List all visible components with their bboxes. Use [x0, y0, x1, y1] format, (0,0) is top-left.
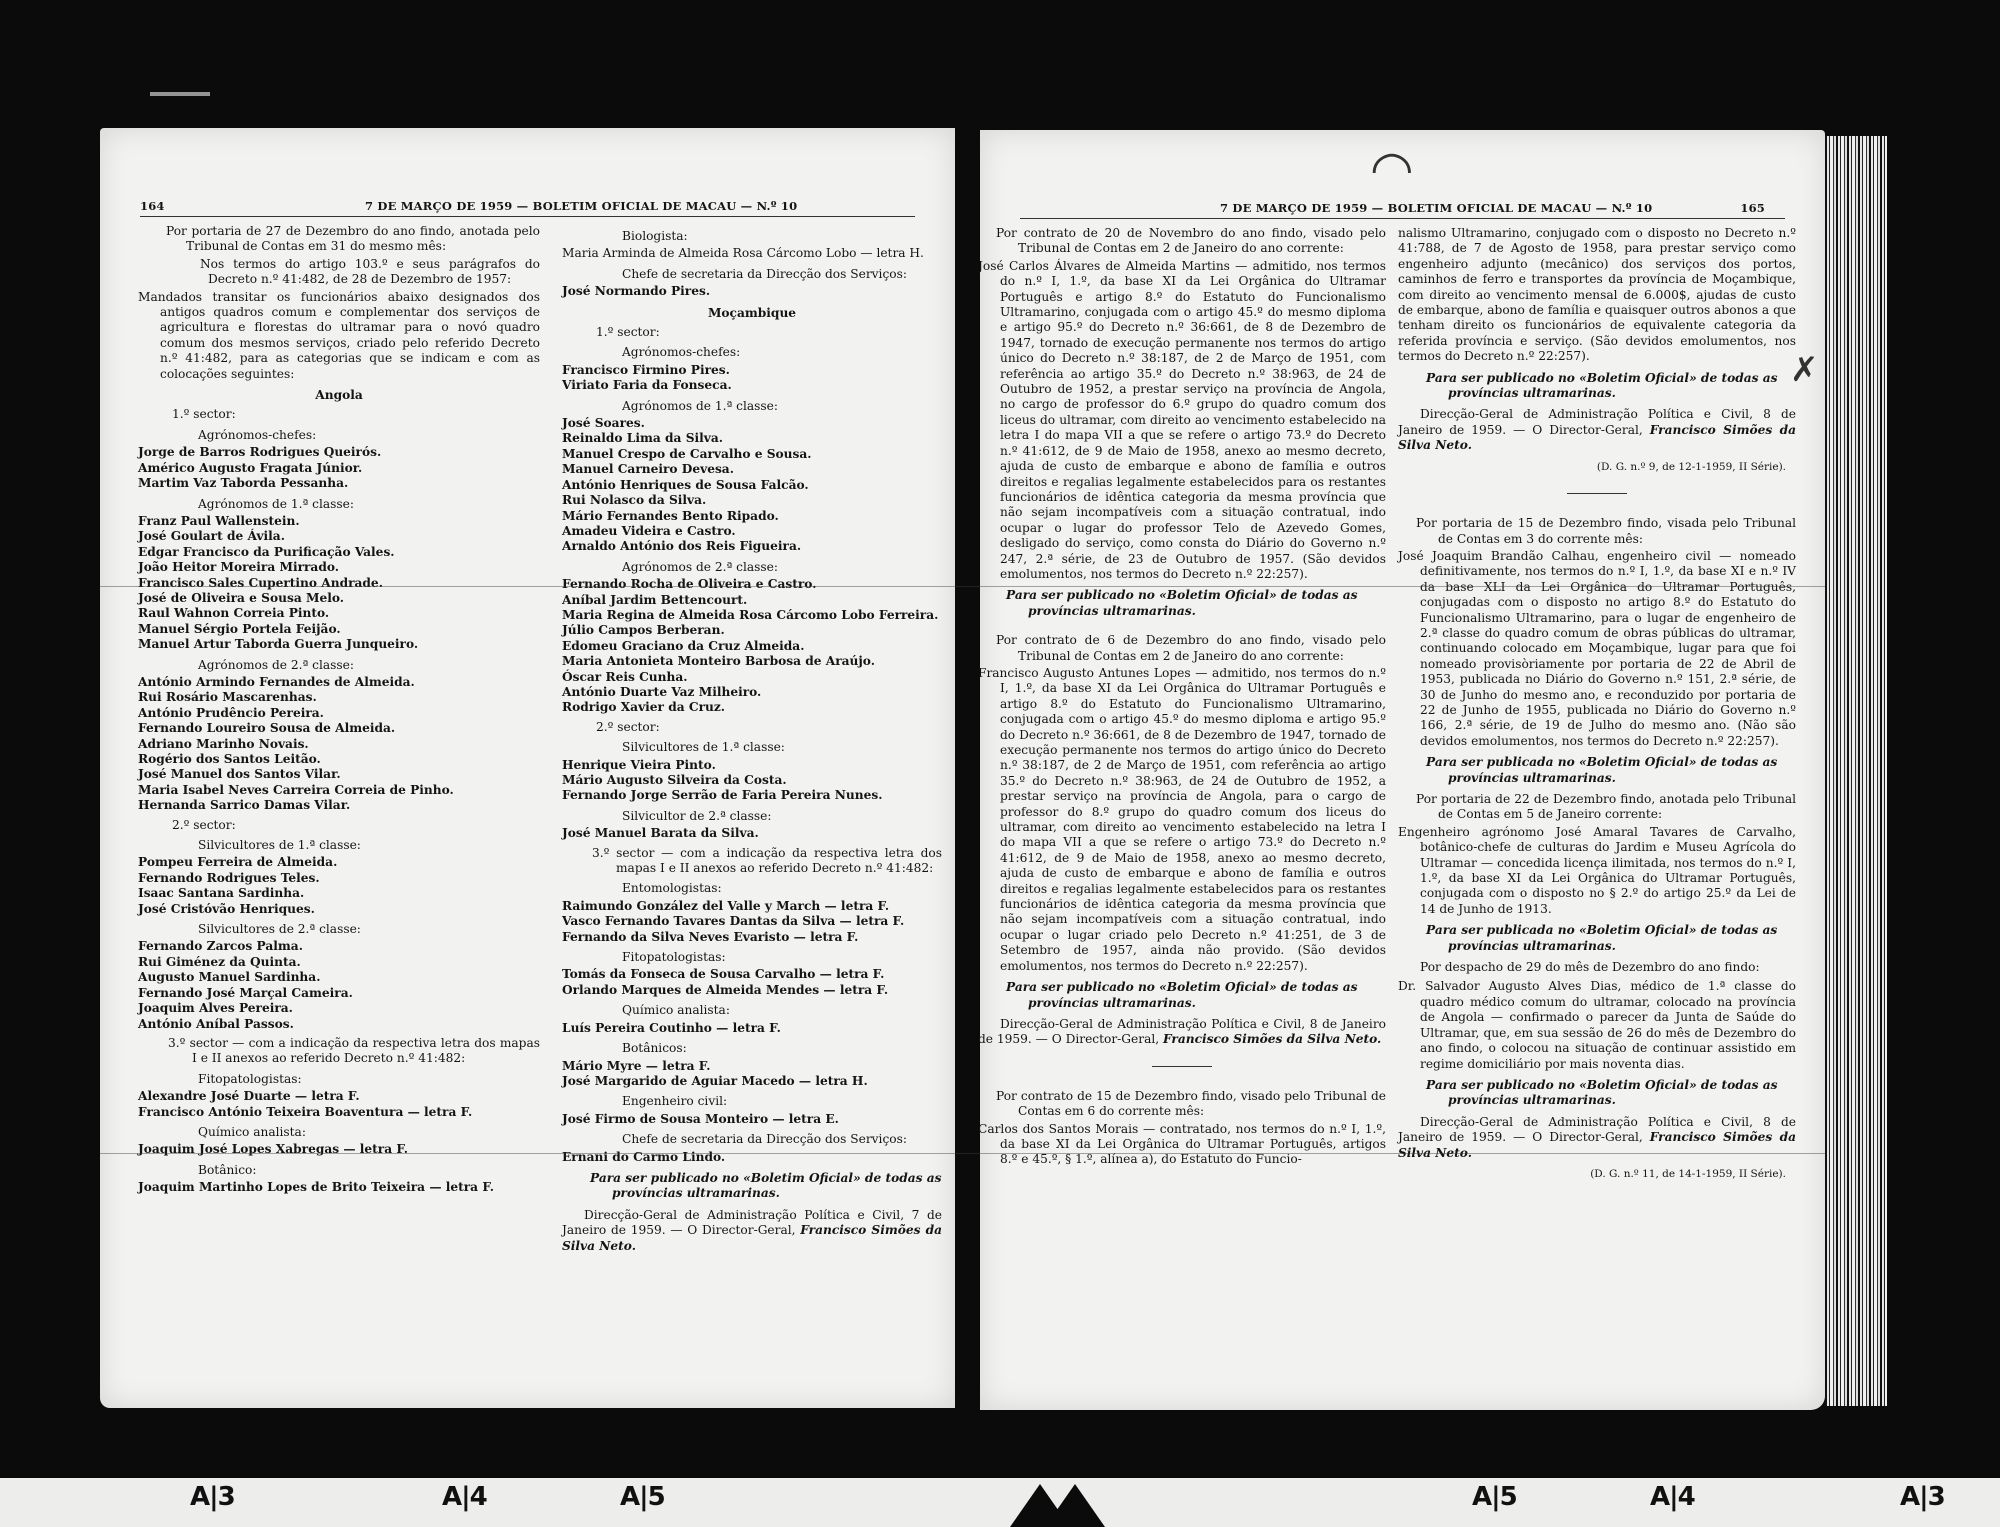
source-reference: (D. G. n.º 11, de 14-1-1959, II Série).	[1398, 1167, 1786, 1182]
right-page: 7 DE MARÇO DE 1959 — BOLETIM OFICIAL DE …	[980, 130, 1825, 1410]
name-entry: Rui Giménez da Quinta.	[138, 955, 540, 970]
name-entry: José Cristóvão Henriques.	[138, 902, 540, 917]
name-entry: José Goulart de Ávila.	[138, 529, 540, 544]
book-page-edges	[1825, 136, 1887, 1406]
name-entry: Arnaldo António dos Reis Figueira.	[562, 539, 942, 554]
category-heading: Engenheiro civil:	[562, 1094, 942, 1109]
sector-heading: 1.º sector:	[562, 325, 942, 340]
contract-body: Francisco Augusto Antunes Lopes — admiti…	[978, 666, 1386, 974]
name-entry: Maria Isabel Neves Carreira Correia de P…	[138, 783, 540, 798]
name-list: Luís Pereira Coutinho — letra F.	[562, 1021, 942, 1036]
signature-block: Direcção-Geral de Administração Política…	[1398, 407, 1796, 453]
contract-intro: Por contrato de 15 de Dezembro findo, vi…	[978, 1089, 1386, 1120]
source-reference: (D. G. n.º 9, de 12-1-1959, II Série).	[1398, 460, 1786, 475]
sector-heading: 3.º sector — com a indicação da respecti…	[138, 1036, 540, 1067]
right-column-1: Por contrato de 20 de Novembro do ano fi…	[978, 226, 1386, 1172]
name-entry: Raul Wahnon Correia Pinto.	[138, 606, 540, 621]
category-heading: Químico analista:	[562, 1003, 942, 1018]
category-heading: Agrónomos-chefes:	[138, 428, 540, 443]
category-heading: Agrónomos de 2.ª classe:	[138, 658, 540, 673]
name-entry: Ernani do Carmo Lindo.	[562, 1150, 942, 1165]
name-entry: Rodrigo Xavier da Cruz.	[562, 700, 942, 715]
film-notch	[1045, 1484, 1105, 1527]
name-entry: Henrique Vieira Pinto.	[562, 758, 942, 773]
category-heading: Químico analista:	[138, 1125, 540, 1140]
name-entry: António Duarte Vaz Milheiro.	[562, 685, 942, 700]
name-entry: Júlio Campos Berberan.	[562, 623, 942, 638]
name-entry: Jorge de Barros Rodrigues Queirós.	[138, 445, 540, 460]
publication-note: Para ser publicada no «Boletim Oficial» …	[1398, 923, 1796, 954]
decree-body: Mandados transitar os funcionários abaix…	[138, 290, 540, 382]
name-entry: António Prudêncio Pereira.	[138, 706, 540, 721]
name-entry: Manuel Carneiro Devesa.	[562, 462, 942, 477]
name-list: Mário Myre — letra F.José Margarido de A…	[562, 1059, 942, 1090]
name-entry: Fernando da Silva Neves Evaristo — letra…	[562, 930, 942, 945]
sector-heading: 2.º sector:	[138, 818, 540, 833]
section-divider	[1152, 1066, 1212, 1067]
contract-body: Carlos dos Santos Morais — contratado, n…	[978, 1122, 1386, 1168]
category-heading: Biologista:	[562, 229, 942, 244]
signatory-name: Francisco Simões da Silva Neto.	[1163, 1032, 1381, 1046]
publication-note: Para ser publicado no «Boletim Oficial» …	[978, 980, 1386, 1011]
name-entry: Mário Augusto Silveira da Costa.	[562, 773, 942, 788]
category-heading: Chefe de secretaria da Direcção dos Serv…	[562, 267, 942, 282]
name-entry: Maria Antonieta Monteiro Barbosa de Araú…	[562, 654, 942, 669]
decree-intro: Por portaria de 27 de Dezembro do ano fi…	[138, 224, 540, 255]
frame-mark: A|4	[1650, 1482, 1695, 1512]
signature-block: Direcção-Geral de Administração Política…	[978, 1017, 1386, 1048]
publication-note: Para ser publicado no «Boletim Oficial» …	[978, 588, 1386, 619]
name-entry: Reinaldo Lima da Silva.	[562, 431, 942, 446]
category-heading: Fitopatologistas:	[562, 950, 942, 965]
name-list: Raimundo González del Valle y March — le…	[562, 899, 942, 945]
name-entry: Mário Myre — letra F.	[562, 1059, 942, 1074]
publication-note: Para ser publicado no «Boletim Oficial» …	[1398, 1078, 1796, 1109]
name-entry: Manuel Sérgio Portela Feijão.	[138, 622, 540, 637]
name-entry: Óscar Reis Cunha.	[562, 670, 942, 685]
name-entry: Fernando Loureiro Sousa de Almeida.	[138, 721, 540, 736]
name-entry: Alexandre José Duarte — letra F.	[138, 1089, 540, 1104]
portaria-intro: Por portaria de 15 de Dezembro findo, vi…	[1398, 516, 1796, 547]
province-heading: Moçambique	[562, 306, 942, 321]
name-entry: José Soares.	[562, 416, 942, 431]
name-entry: João Heitor Moreira Mirrado.	[138, 560, 540, 575]
decree-intro-2: Nos termos do artigo 103.º e seus parágr…	[138, 257, 540, 288]
publication-note: Para ser publicado no «Boletim Oficial» …	[1398, 371, 1796, 402]
portaria-body: José Joaquim Brandão Calhau, engenheiro …	[1398, 549, 1796, 749]
film-strip	[0, 1478, 2000, 1527]
name-entry: Isaac Santana Sardinha.	[138, 886, 540, 901]
despacho-body: Dr. Salvador Augusto Alves Dias, médico …	[1398, 979, 1796, 1071]
contract-intro: Por contrato de 20 de Novembro do ano fi…	[978, 226, 1386, 257]
name-list: António Armindo Fernandes de Almeida.Rui…	[138, 675, 540, 814]
left-page: 164 7 DE MARÇO DE 1959 — BOLETIM OFICIAL…	[100, 128, 955, 1408]
category-heading: Silvicultores de 1.ª classe:	[562, 740, 942, 755]
contract-body: José Carlos Álvares de Almeida Martins —…	[978, 259, 1386, 583]
name-entry: Aníbal Jardim Bettencourt.	[562, 593, 942, 608]
category-heading: Fitopatologistas:	[138, 1072, 540, 1087]
category-heading: Botânico:	[138, 1163, 540, 1178]
name-list: Joaquim José Lopes Xabregas — letra F.	[138, 1142, 540, 1157]
name-list: Joaquim Martinho Lopes de Brito Teixeira…	[138, 1180, 540, 1195]
page-number: 164	[140, 199, 165, 213]
name-list: José Manuel Barata da Silva.	[562, 826, 942, 841]
sector-heading: 2.º sector:	[562, 720, 942, 735]
scan-line	[100, 586, 1825, 587]
scan-line	[100, 1153, 1825, 1154]
name-entry: José Manuel dos Santos Vilar.	[138, 767, 540, 782]
name-list: Henrique Vieira Pinto.Mário Augusto Silv…	[562, 758, 942, 804]
name-list: Alexandre José Duarte — letra F.Francisc…	[138, 1089, 540, 1120]
name-entry: Luís Pereira Coutinho — letra F.	[562, 1021, 942, 1036]
category-heading: Entomologistas:	[562, 881, 942, 896]
portaria-body: Engenheiro agrónomo José Amaral Tavares …	[1398, 825, 1796, 917]
name-entry: António Henriques de Sousa Falcão.	[562, 478, 942, 493]
name-entry: Pompeu Ferreira de Almeida.	[138, 855, 540, 870]
right-column-2: nalismo Ultramarino, conjugado com o dis…	[1398, 226, 1796, 1190]
category-heading: Botânicos:	[562, 1041, 942, 1056]
category-heading: Agrónomos de 2.ª classe:	[562, 560, 942, 575]
pencil-mark-icon: ◠	[1370, 140, 1414, 198]
category-heading: Agrónomos-chefes:	[562, 345, 942, 360]
name-entry: Maria Regina de Almeida Rosa Cárcomo Lob…	[562, 608, 942, 623]
name-list: Franz Paul Wallenstein.José Goulart de Á…	[138, 514, 540, 653]
left-column-1: Por portaria de 27 de Dezembro do ano fi…	[138, 224, 540, 1196]
name-list: Jorge de Barros Rodrigues Queirós.Améric…	[138, 445, 540, 491]
name-entry: Manuel Artur Taborda Guerra Junqueiro.	[138, 637, 540, 652]
name-entry: José Firmo de Sousa Monteiro — letra E.	[562, 1112, 942, 1127]
category-heading: Silvicultor de 2.ª classe:	[562, 809, 942, 824]
frame-mark: A|4	[442, 1482, 487, 1512]
page-header: 164 7 DE MARÇO DE 1959 — BOLETIM OFICIAL…	[140, 192, 915, 217]
name-entry: Maria Arminda de Almeida Rosa Cárcomo Lo…	[562, 246, 942, 261]
name-entry: Martim Vaz Taborda Pessanha.	[138, 476, 540, 491]
page-number: 165	[1740, 201, 1765, 215]
name-entry: Fernando Rodrigues Teles.	[138, 871, 540, 886]
name-entry: Fernando José Marçal Cameira.	[138, 986, 540, 1001]
signature-block: Direcção-Geral de Administração Política…	[1398, 1115, 1796, 1161]
name-entry: António Armindo Fernandes de Almeida.	[138, 675, 540, 690]
name-entry: José Margarido de Aguiar Macedo — letra …	[562, 1074, 942, 1089]
frame-mark: A|5	[620, 1482, 665, 1512]
name-entry: Franz Paul Wallenstein.	[138, 514, 540, 529]
name-entry: Raimundo González del Valle y March — le…	[562, 899, 942, 914]
name-entry: José Manuel Barata da Silva.	[562, 826, 942, 841]
pencil-mark-icon: ✗	[1790, 350, 1819, 390]
name-entry: Mário Fernandes Bento Ripado.	[562, 509, 942, 524]
name-entry: Rui Nolasco da Silva.	[562, 493, 942, 508]
sector-heading: 3.º sector — com a indicação da respecti…	[562, 846, 942, 877]
name-entry: Viriato Faria da Fonseca.	[562, 378, 942, 393]
name-entry: Orlando Marques de Almeida Mendes — letr…	[562, 983, 942, 998]
running-head: 7 DE MARÇO DE 1959 — BOLETIM OFICIAL DE …	[1220, 201, 1652, 215]
frame-mark: A|3	[190, 1482, 235, 1512]
section-divider	[1567, 493, 1627, 494]
name-entry: Américo Augusto Fragata Júnior.	[138, 461, 540, 476]
name-entry: Joaquim Martinho Lopes de Brito Teixeira…	[138, 1180, 540, 1195]
left-column-2: Biologista: Maria Arminda de Almeida Ros…	[562, 224, 942, 1258]
name-entry: Fernando Rocha de Oliveira e Castro.	[562, 577, 942, 592]
name-entry: José Normando Pires.	[562, 284, 942, 299]
scan-artifact	[150, 92, 210, 96]
frame-mark: A|5	[1472, 1482, 1517, 1512]
category-heading: Silvicultores de 2.ª classe:	[138, 922, 540, 937]
name-entry: Hernanda Sarrico Damas Vilar.	[138, 798, 540, 813]
portaria-intro: Por portaria de 22 de Dezembro findo, an…	[1398, 792, 1796, 823]
publication-note: Para ser publicado no «Boletim Oficial» …	[562, 1171, 942, 1202]
category-heading: Agrónomos de 1.ª classe:	[138, 497, 540, 512]
name-entry: Manuel Crespo de Carvalho e Sousa.	[562, 447, 942, 462]
running-head: 7 DE MARÇO DE 1959 — BOLETIM OFICIAL DE …	[365, 199, 797, 213]
name-list: Pompeu Ferreira de Almeida.Fernando Rodr…	[138, 855, 540, 917]
name-list: Fernando Zarcos Palma.Rui Giménez da Qui…	[138, 939, 540, 1031]
contract-body-continued: nalismo Ultramarino, conjugado com o dis…	[1398, 226, 1796, 365]
category-heading: Chefe de secretaria da Direcção dos Serv…	[562, 1132, 942, 1147]
name-entry: Adriano Marinho Novais.	[138, 737, 540, 752]
publication-note: Para ser publicada no «Boletim Oficial» …	[1398, 755, 1796, 786]
name-list: Tomás da Fonseca de Sousa Carvalho — let…	[562, 967, 942, 998]
name-entry: Joaquim José Lopes Xabregas — letra F.	[138, 1142, 540, 1157]
category-heading: Silvicultores de 1.ª classe:	[138, 838, 540, 853]
name-entry: Edomeu Graciano da Cruz Almeida.	[562, 639, 942, 654]
contract-intro: Por contrato de 6 de Dezembro do ano fin…	[978, 633, 1386, 664]
name-list: José Soares.Reinaldo Lima da Silva.Manue…	[562, 416, 942, 555]
name-entry: José de Oliveira e Sousa Melo.	[138, 591, 540, 606]
name-entry: António Aníbal Passos.	[138, 1017, 540, 1032]
name-entry: Francisco Sales Cupertino Andrade.	[138, 576, 540, 591]
name-entry: Rogério dos Santos Leitão.	[138, 752, 540, 767]
name-entry: Edgar Francisco da Purificação Vales.	[138, 545, 540, 560]
name-entry: Tomás da Fonseca de Sousa Carvalho — let…	[562, 967, 942, 982]
frame-mark: A|3	[1900, 1482, 1945, 1512]
name-list: José Firmo de Sousa Monteiro — letra E.	[562, 1112, 942, 1127]
name-entry: Rui Rosário Mascarenhas.	[138, 690, 540, 705]
name-entry: Amadeu Videira e Castro.	[562, 524, 942, 539]
province-heading: Angola	[138, 388, 540, 403]
category-heading: Agrónomos de 1.ª classe:	[562, 399, 942, 414]
name-list: Francisco Firmino Pires.Viriato Faria da…	[562, 363, 942, 394]
name-entry: Vasco Fernando Tavares Dantas da Silva —…	[562, 914, 942, 929]
name-entry: Francisco António Teixeira Boaventura — …	[138, 1105, 540, 1120]
name-entry: Fernando Zarcos Palma.	[138, 939, 540, 954]
name-entry: Augusto Manuel Sardinha.	[138, 970, 540, 985]
signature-block: Direcção-Geral de Administração Política…	[562, 1208, 942, 1254]
name-entry: Fernando Jorge Serrão de Faria Pereira N…	[562, 788, 942, 803]
name-list: Fernando Rocha de Oliveira e Castro.Aníb…	[562, 577, 942, 716]
despacho-intro: Por despacho de 29 do mês de Dezembro do…	[1398, 960, 1796, 975]
name-entry: Joaquim Alves Pereira.	[138, 1001, 540, 1016]
sector-heading: 1.º sector:	[138, 407, 540, 422]
name-entry: Francisco Firmino Pires.	[562, 363, 942, 378]
